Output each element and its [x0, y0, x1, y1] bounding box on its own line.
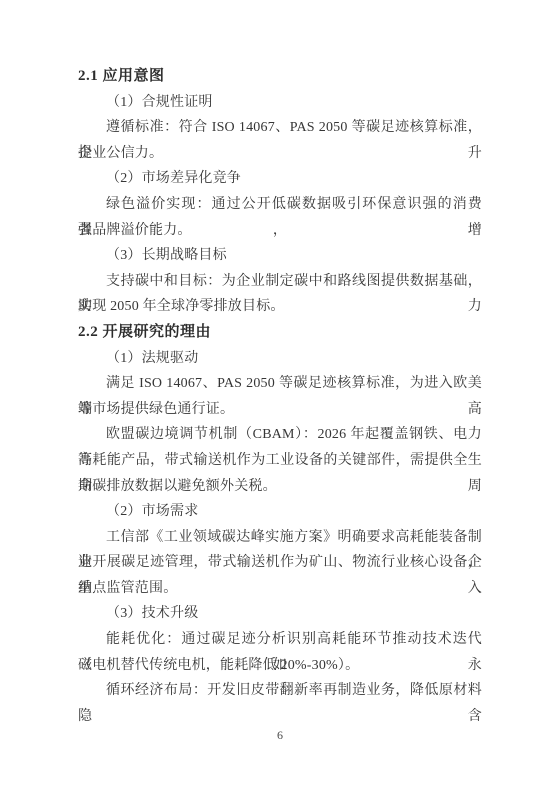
text-line: （2）市场差异化竞争: [78, 166, 482, 192]
text-line: （2）市场需求: [78, 499, 482, 525]
section-heading: 2.2 开展研究的理由: [78, 320, 482, 346]
page-number: 6: [0, 728, 560, 743]
text-line: （1）合规性证明: [78, 90, 482, 116]
document-page: 2.1 应用意图（1）合规性证明遵循标准：符合 ISO 14067、PAS 20…: [0, 0, 560, 792]
text-line: 循环经济布局：开发旧皮带翻新率再制造业务，降低原材料隐含: [78, 678, 482, 704]
text-line: （3）技术升级: [78, 601, 482, 627]
text-line: （1）法规驱动: [78, 346, 482, 372]
section-heading: 2.1 应用意图: [78, 64, 482, 90]
text-line: 业开展碳足迹管理，带式输送机作为矿山、物流行业核心设备，纳入: [78, 550, 482, 576]
document-text-body: 2.1 应用意图（1）合规性证明遵循标准：符合 ISO 14067、PAS 20…: [78, 64, 482, 704]
text-line: （3）长期战略目标: [78, 243, 482, 269]
text-line: 能耗优化：通过碳足迹分析识别高耗能环节推动技术迭代（如永: [78, 627, 482, 653]
text-line: 绿色溢价实现：通过公开低碳数据吸引环保意识强的消费者，增: [78, 192, 482, 218]
text-line: 工信部《工业领域碳达峰实施方案》明确要求高耗能装备制造企: [78, 525, 482, 551]
text-line: 欧盟碳边境调节机制（CBAM）：2026 年起覆盖钢铁、电力等: [78, 422, 482, 448]
text-line: 满足 ISO 14067、PAS 2050 等碳足迹核算标准，为进入欧美等高: [78, 371, 482, 397]
text-line: 高耗能产品，带式输送机作为工业设备的关键部件，需提供全生命周: [78, 448, 482, 474]
text-line: 遵循标准：符合 ISO 14067、PAS 2050 等碳足迹核算标准，提升: [78, 115, 482, 141]
text-line: 支持碳中和目标：为企业制定碳中和路线图提供数据基础，助力: [78, 269, 482, 295]
